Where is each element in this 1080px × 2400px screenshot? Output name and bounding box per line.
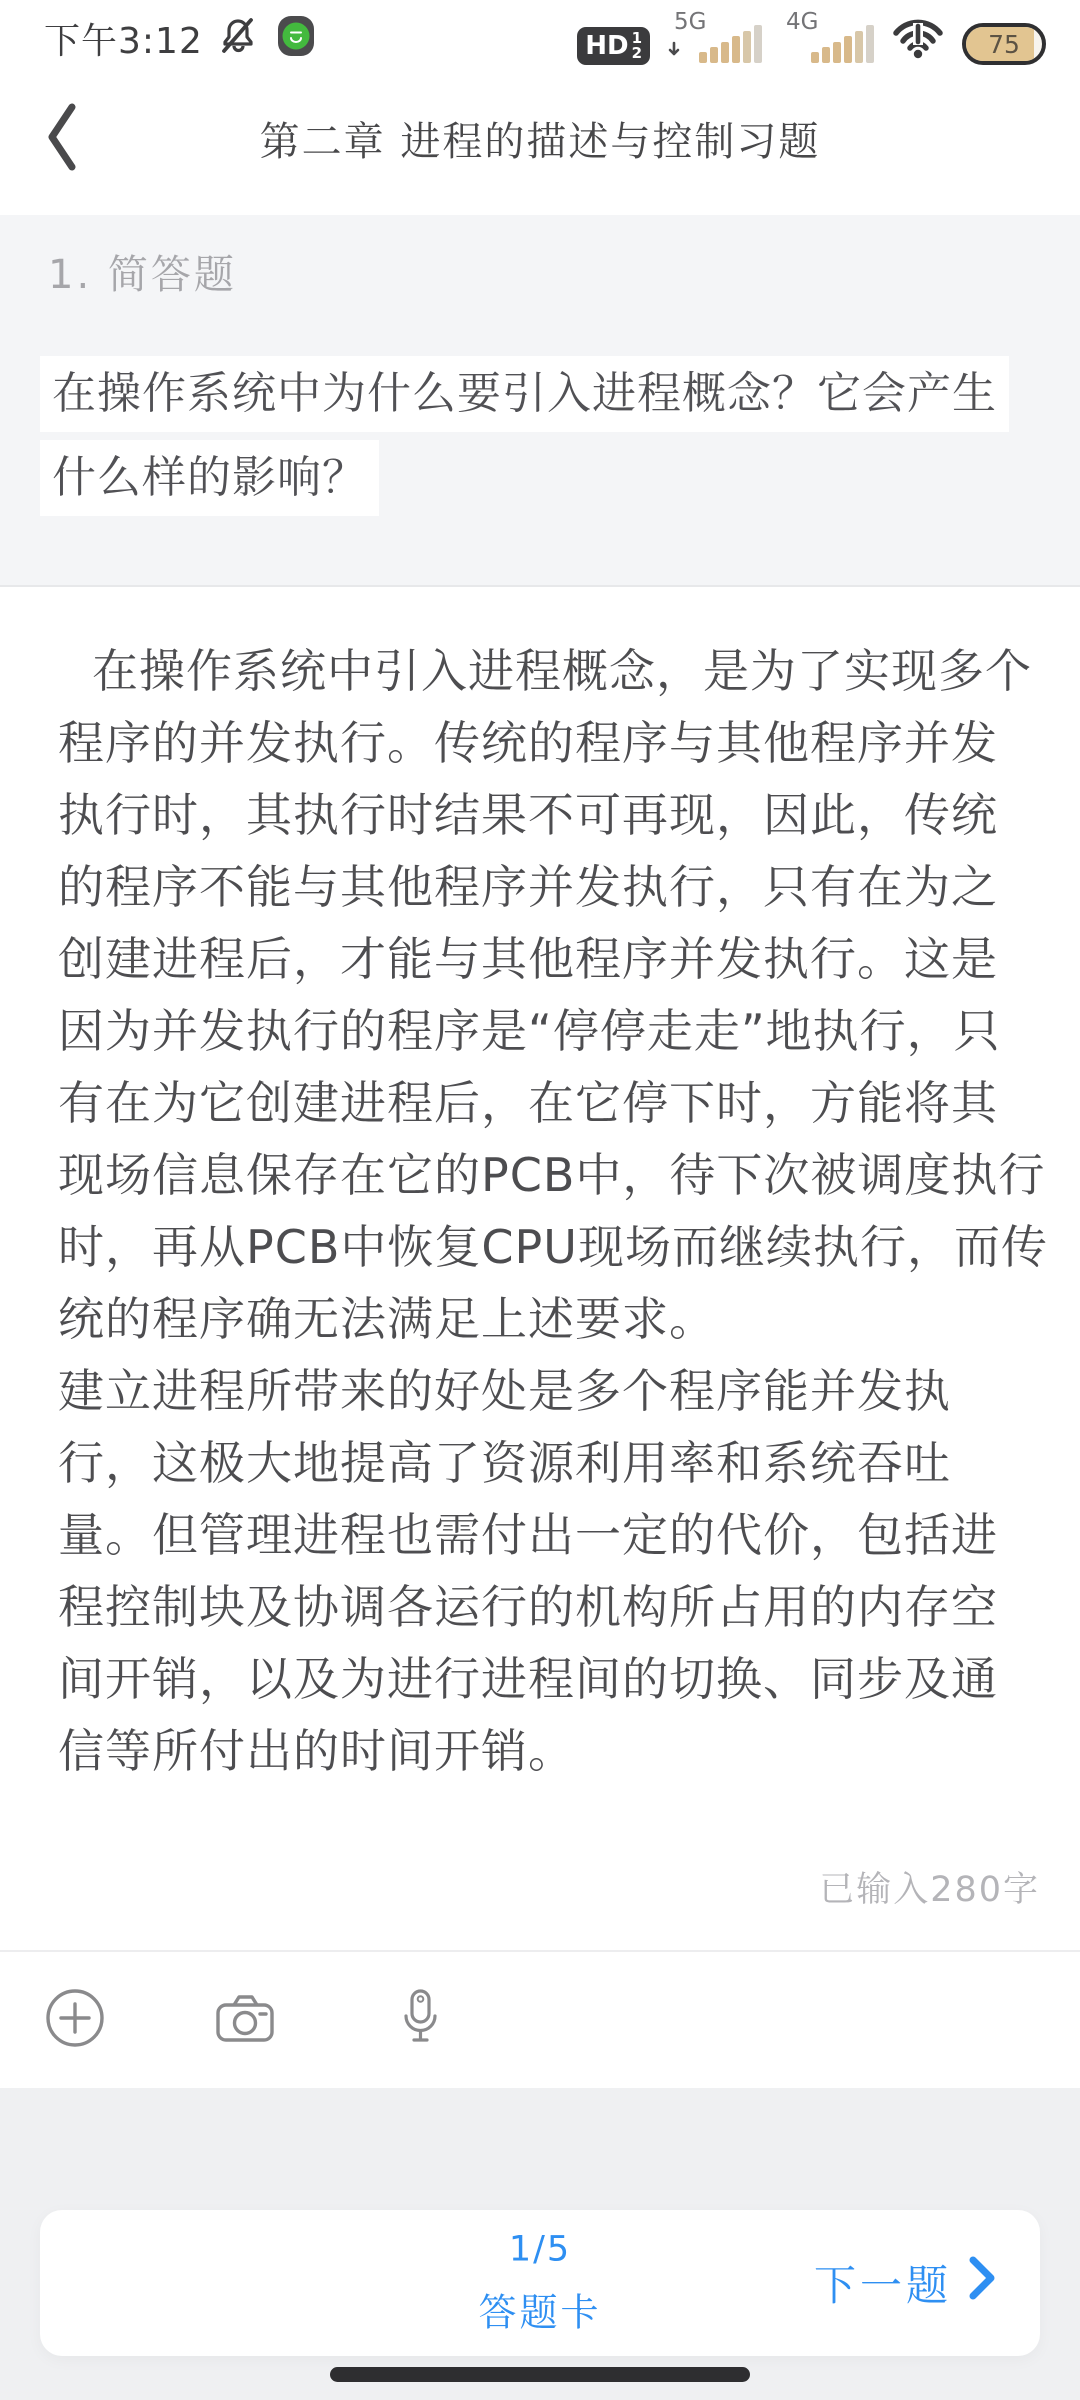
answer-line: 程控制块及协调各运行的机构所占用的内存空 <box>58 1571 1040 1643</box>
answer-line: 在操作系统中引入进程概念，是为了实现多个 <box>58 635 1040 707</box>
answer-line: 执行时，其执行时结果不可再现，因此，传统 <box>58 779 1040 851</box>
answer-line: 行，这极大地提高了资源利用率和系统吞吐 <box>58 1427 1040 1499</box>
signal-4g-icon: 4G <box>778 11 874 65</box>
title-bar: 第二章 进程的描述与控制习题 <box>0 62 1080 215</box>
section-label: 1. 简答题 <box>48 243 1040 300</box>
char-count: 已输入280字 <box>819 1862 1040 1912</box>
question-text: 在操作系统中为什么要引入进程概念？它会产生 什么样的影响？ <box>40 356 1040 516</box>
question-panel: 1. 简答题 在操作系统中为什么要引入进程概念？它会产生 什么样的影响？ <box>0 215 1080 587</box>
answer-card-button[interactable]: 1/5 答题卡 <box>478 2230 601 2337</box>
answer-card-label: 答题卡 <box>478 2282 601 2337</box>
microphone-button[interactable] <box>392 1986 448 2054</box>
answer-line: 的程序不能与其他程序并发执行，只有在为之 <box>58 851 1040 923</box>
answer-line: 创建进程后，才能与其他程序并发执行。这是 <box>58 923 1040 995</box>
mute-bell-icon <box>215 13 261 63</box>
home-indicator-handle[interactable] <box>330 2367 750 2382</box>
question-line: 什么样的影响？ <box>40 440 379 516</box>
signal-5g-icon: 5G <box>666 11 762 65</box>
answer-line: 统的程序确无法满足上述要求。 <box>58 1283 1040 1355</box>
chevron-right-icon <box>968 2254 996 2312</box>
progress-indicator: 1/5 <box>478 2230 601 2270</box>
next-question-label: 下一题 <box>814 2253 952 2313</box>
answer-line: 建立进程所带来的好处是多个程序能并发执 <box>58 1355 1040 1427</box>
add-attachment-button[interactable] <box>44 1987 106 2053</box>
answer-line: 量。但管理进程也需付出一定的代价，包括进 <box>58 1499 1040 1571</box>
volte-hd-icon: HD 1 2 <box>577 27 650 65</box>
status-bar: 下午3:12 HD 1 2 5G <box>0 0 1080 62</box>
bottom-nav-area: 1/5 答题卡 下一题 <box>0 2088 1080 2400</box>
next-question-button[interactable]: 下一题 <box>814 2253 996 2313</box>
back-button[interactable] <box>44 100 80 178</box>
answer-line: 因为并发执行的程序是“停停走走”地执行，只 <box>58 995 1040 1067</box>
bottom-nav-card: 1/5 答题卡 下一题 <box>40 2210 1040 2356</box>
answer-line: 有在为它创建进程后，在它停下时，方能将其 <box>58 1067 1040 1139</box>
notification-app-icon <box>273 13 319 63</box>
camera-button[interactable] <box>212 1988 278 2052</box>
clock: 下午3:12 <box>44 13 203 64</box>
answer-line: 间开销，以及为进行进程间的切换、同步及通 <box>58 1643 1040 1715</box>
wifi-alert-icon <box>890 15 946 65</box>
battery-icon: 75 <box>962 23 1046 65</box>
input-toolbar <box>0 1950 1080 2088</box>
answer-line: 程序的并发执行。传统的程序与其他程序并发 <box>58 707 1040 779</box>
answer-line: 信等所付出的时间开销。 <box>58 1715 1040 1787</box>
page-title: 第二章 进程的描述与控制习题 <box>260 110 821 167</box>
question-line: 在操作系统中为什么要引入进程概念？它会产生 <box>40 356 1009 432</box>
answer-line: 时，再从PCB中恢复CPU现场而继续执行，而传 <box>58 1211 1040 1283</box>
answer-line: 现场信息保存在它的PCB中，待下次被调度执行 <box>58 1139 1040 1211</box>
answer-editor[interactable]: 在操作系统中引入进程概念，是为了实现多个 程序的并发执行。传统的程序与其他程序并… <box>0 587 1080 1787</box>
